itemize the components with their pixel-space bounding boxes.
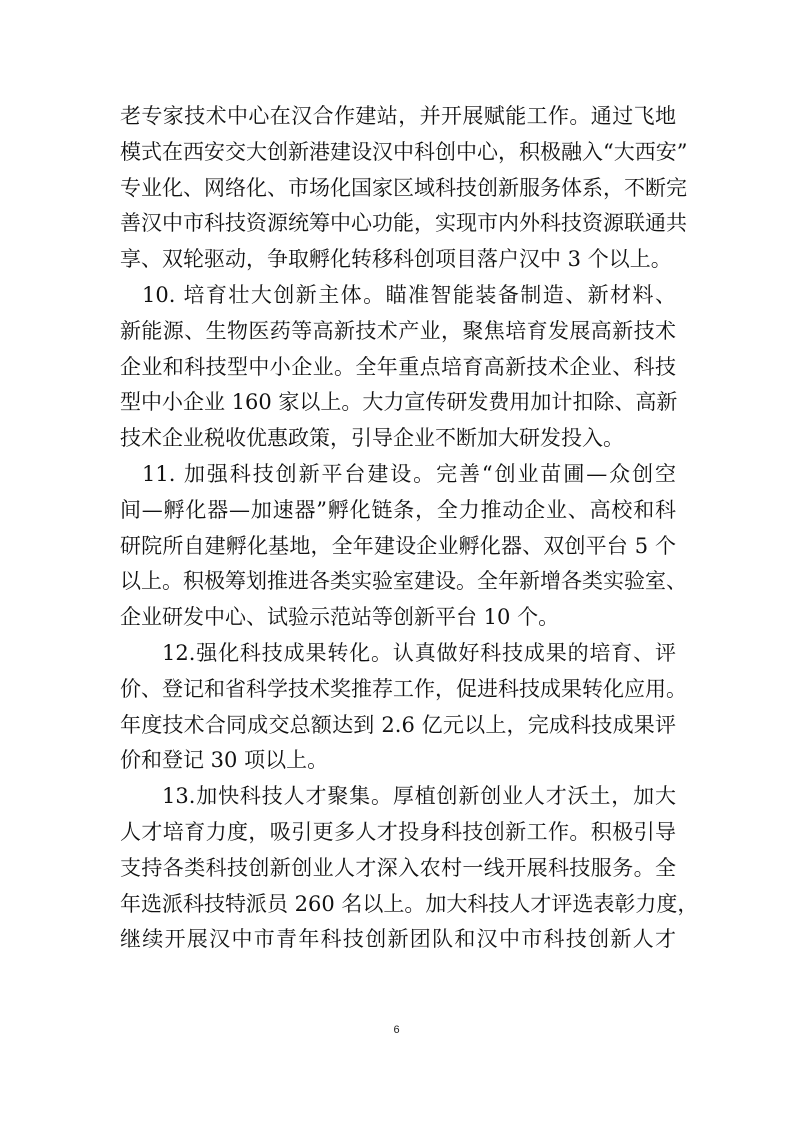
paragraph-heading-line: 11. 加强科技创新平台建设。完善“创业苗圃—众创空 <box>120 457 676 493</box>
text-line: 年选派科技特派员 260 名以上。加大科技人才评选表彰力度， <box>120 887 676 923</box>
document-body: 老专家技术中心在汉合作建站，并开展赋能工作。通过飞地 模式在西安交大创新港建设汉… <box>120 99 676 958</box>
paragraph-heading-line: 12.强化科技成果转化。认真做好科技成果的培育、评 <box>120 636 676 672</box>
text-line: 享、双轮驱动，争取孵化转移科创项目落户汉中 3 个以上。 <box>120 242 676 278</box>
paragraph-continued: 老专家技术中心在汉合作建站，并开展赋能工作。通过飞地 模式在西安交大创新港建设汉… <box>120 99 676 278</box>
text-line: 型中小企业 160 家以上。大力宣传研发费用加计扣除、高新 <box>120 385 676 421</box>
text-line: 支持各类科技创新创业人才深入农村一线开展科技服务。全 <box>120 851 676 887</box>
paragraph-item-13: 13.加快科技人才聚集。厚植创新创业人才沃土，加大 人才培育力度，吸引更多人才投… <box>120 779 676 958</box>
paragraph-heading-line: 10. 培育壮大创新主体。瞄准智能装备制造、新材料、 <box>120 278 676 314</box>
text-line: 模式在西安交大创新港建设汉中科创中心，积极融入“大西安” <box>120 135 676 171</box>
text-line: 价、登记和省科学技术奖推荐工作，促进科技成果转化应用。 <box>120 672 676 708</box>
paragraph-heading-line: 13.加快科技人才聚集。厚植创新创业人才沃土，加大 <box>120 779 676 815</box>
paragraph-item-11: 11. 加强科技创新平台建设。完善“创业苗圃—众创空 间—孵化器—加速器”孵化链… <box>120 457 676 636</box>
text-line: 技术企业税收优惠政策，引导企业不断加大研发投入。 <box>120 421 676 457</box>
text-line: 人才培育力度，吸引更多人才投身科技创新工作。积极引导 <box>120 815 676 851</box>
text-line: 企业和科技型中小企业。全年重点培育高新技术企业、科技 <box>120 350 676 386</box>
text-line: 善汉中市科技资源统筹中心功能，实现市内外科技资源联通共 <box>120 206 676 242</box>
text-line: 新能源、生物医药等高新技术产业，聚焦培育发展高新技术 <box>120 314 676 350</box>
paragraph-item-10: 10. 培育壮大创新主体。瞄准智能装备制造、新材料、 新能源、生物医药等高新技术… <box>120 278 676 457</box>
text-line: 老专家技术中心在汉合作建站，并开展赋能工作。通过飞地 <box>120 99 676 135</box>
text-line: 年度技术合同成交总额达到 2.6 亿元以上，完成科技成果评 <box>120 708 676 744</box>
text-line: 研院所自建孵化基地，全年建设企业孵化器、双创平台 5 个 <box>120 529 676 565</box>
text-line: 价和登记 30 项以上。 <box>120 743 676 779</box>
text-line: 间—孵化器—加速器”孵化链条，全力推动企业、高校和科 <box>120 493 676 529</box>
page-number: 6 <box>0 1024 793 1036</box>
paragraph-item-12: 12.强化科技成果转化。认真做好科技成果的培育、评 价、登记和省科学技术奖推荐工… <box>120 636 676 779</box>
text-line: 专业化、网络化、市场化国家区域科技创新服务体系，不断完 <box>120 171 676 207</box>
document-page: 老专家技术中心在汉合作建站，并开展赋能工作。通过飞地 模式在西安交大创新港建设汉… <box>0 0 793 1122</box>
text-line: 以上。积极筹划推进各类实验室建设。全年新增各类实验室、 <box>120 564 676 600</box>
text-line: 企业研发中心、试验示范站等创新平台 10 个。 <box>120 600 676 636</box>
text-line: 继续开展汉中市青年科技创新团队和汉中市科技创新人才 <box>120 922 676 958</box>
